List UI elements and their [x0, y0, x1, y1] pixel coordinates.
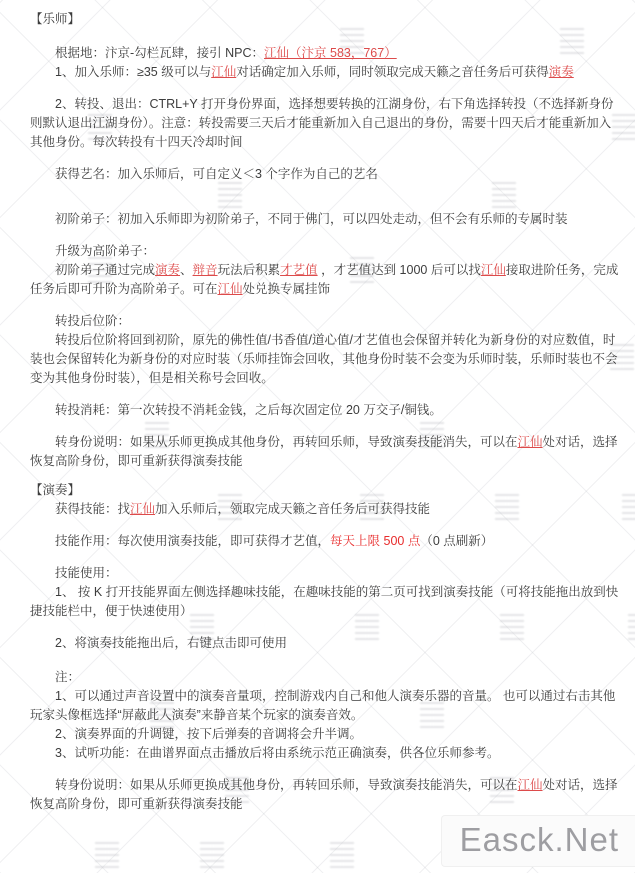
section-title-yanzou: 【演奏】: [30, 481, 621, 500]
para-notes-title: 注：: [30, 668, 621, 687]
watermark-stamp: [95, 840, 119, 868]
site-watermark: Easck.Net: [441, 815, 635, 867]
watermark-stamp: [330, 840, 354, 868]
base-location-text: 根据地：汴京-勾栏瓦肆，接引 NPC：: [55, 46, 264, 60]
para-base-location: 根据地：汴京-勾栏瓦肆，接引 NPC：江仙（汴京 583，767）: [30, 44, 621, 63]
upgrade-text-1: 初阶弟子通过完成: [55, 263, 155, 277]
upgrade-text-2: 、: [180, 263, 193, 277]
document-body: 【乐师】 根据地：汴京-勾栏瓦肆，接引 NPC：江仙（汴京 583，767） 1…: [0, 0, 635, 814]
link-jiangxian[interactable]: 江仙: [130, 502, 155, 516]
link-bianyin[interactable]: 辩音: [193, 263, 218, 277]
para-upgrade-title: 升级为高阶弟子：: [30, 242, 621, 261]
skill-effect-post: （0 点刷新）: [420, 534, 493, 548]
join-text-mid: 对话确定加入乐师，同时领取完成天籁之音任务后可获得: [236, 65, 549, 79]
watermark-stamp: [200, 840, 224, 868]
gain-skill-post: 加入乐师后，领取完成天籁之音任务后可获得技能: [155, 502, 430, 516]
site-watermark-text: Easck.Net: [460, 821, 619, 858]
link-caiyizhi[interactable]: 才艺值: [280, 263, 318, 277]
daily-cap-highlight: 每天上限 500 点: [330, 534, 420, 548]
link-yanzou[interactable]: 演奏: [155, 263, 180, 277]
para-junior-disciple: 初阶弟子：初加入乐师即为初阶弟子，不同于佛门，可以四处走动，但不会有乐师的专属时…: [30, 210, 621, 229]
identity-note-pre: 转身份说明：如果从乐师更换成其他身份，再转回乐师，导致演奏技能消失，可以在: [55, 435, 518, 449]
para-usage-1: 1、 按 K 打开技能界面左侧选择趣味技能，在趣味技能的第二页可找到演奏技能（可…: [30, 583, 621, 621]
para-rank: 转投后位阶将回到初阶，原先的佛性值/书香值/道心值/才艺值也会保留并转化为新身份…: [30, 331, 621, 388]
para-join: 1、加入乐师：≥35 级可以与江仙对话确定加入乐师，同时领取完成天籁之音任务后可…: [30, 63, 621, 82]
para-note-3: 3、试听功能：在曲谱界面点击播放后将由系统示范正确演奏，供各位乐师参考。: [30, 744, 621, 763]
para-note-2: 2、演奏界面的升调键，按下后弹奏的音调将会升半调。: [30, 725, 621, 744]
upgrade-text-4: ，才艺值达到 1000 后可以找: [318, 263, 481, 277]
gain-skill-pre: 获得技能：找: [55, 502, 130, 516]
document-page: 【乐师】 根据地：汴京-勾栏瓦肆，接引 NPC：江仙（汴京 583，767） 1…: [0, 0, 635, 873]
para-stage-name: 获得艺名：加入乐师后，可自定义＜3 个字作为自己的艺名: [30, 165, 621, 184]
para-transfer-exit: 2、转投、退出：CTRL+Y 打开身份界面，选择想要转换的江湖身份，右下角选择转…: [30, 95, 621, 152]
para-rank-title: 转投后位阶：: [30, 312, 621, 331]
npc-link-jiangxian-coords[interactable]: 江仙（汴京 583，767）: [264, 46, 397, 60]
link-jiangxian[interactable]: 江仙: [481, 263, 506, 277]
para-note-1: 1、可以通过声音设置中的演奏音量项，控制游戏内自己和他人演奏乐器的音量。 也可以…: [30, 687, 621, 725]
link-jiangxian[interactable]: 江仙: [211, 65, 236, 79]
upgrade-text-3: 玩法后积累: [218, 263, 281, 277]
join-text-pre: 1、加入乐师：≥35 级可以与: [55, 65, 211, 79]
para-usage-title: 技能使用：: [30, 564, 621, 583]
para-skill-effect: 技能作用：每次使用演奏技能，即可获得才艺值，每天上限 500 点（0 点刷新）: [30, 532, 621, 551]
para-identity-note-2: 转身份说明：如果从乐师更换成其他身份，再转回乐师，导致演奏技能消失，可以在江仙处…: [30, 776, 621, 814]
skill-effect-pre: 技能作用：每次使用演奏技能，即可获得才艺值，: [55, 534, 330, 548]
link-jiangxian[interactable]: 江仙: [518, 435, 543, 449]
link-jiangxian[interactable]: 江仙: [218, 282, 243, 296]
identity-note-pre: 转身份说明：如果从乐师更换成其他身份，再转回乐师，导致演奏技能消失，可以在: [55, 778, 518, 792]
para-upgrade: 初阶弟子通过完成演奏、辩音玩法后积累才艺值 ，才艺值达到 1000 后可以找江仙…: [30, 261, 621, 299]
upgrade-text-6: 处兑换专属挂饰: [243, 282, 331, 296]
para-gain-skill: 获得技能：找江仙加入乐师后，领取完成天籁之音任务后可获得技能: [30, 500, 621, 519]
para-usage-2: 2、将演奏技能拖出后，右键点击即可使用: [30, 634, 621, 653]
section-title-yueshi: 【乐师】: [30, 10, 621, 29]
link-yanzou[interactable]: 演奏: [549, 65, 574, 79]
link-jiangxian[interactable]: 江仙: [518, 778, 543, 792]
para-transfer-cost: 转投消耗：第一次转投不消耗金钱，之后每次固定位 20 万交子/铜钱。: [30, 401, 621, 420]
para-identity-note: 转身份说明：如果从乐师更换成其他身份，再转回乐师，导致演奏技能消失，可以在江仙处…: [30, 433, 621, 471]
